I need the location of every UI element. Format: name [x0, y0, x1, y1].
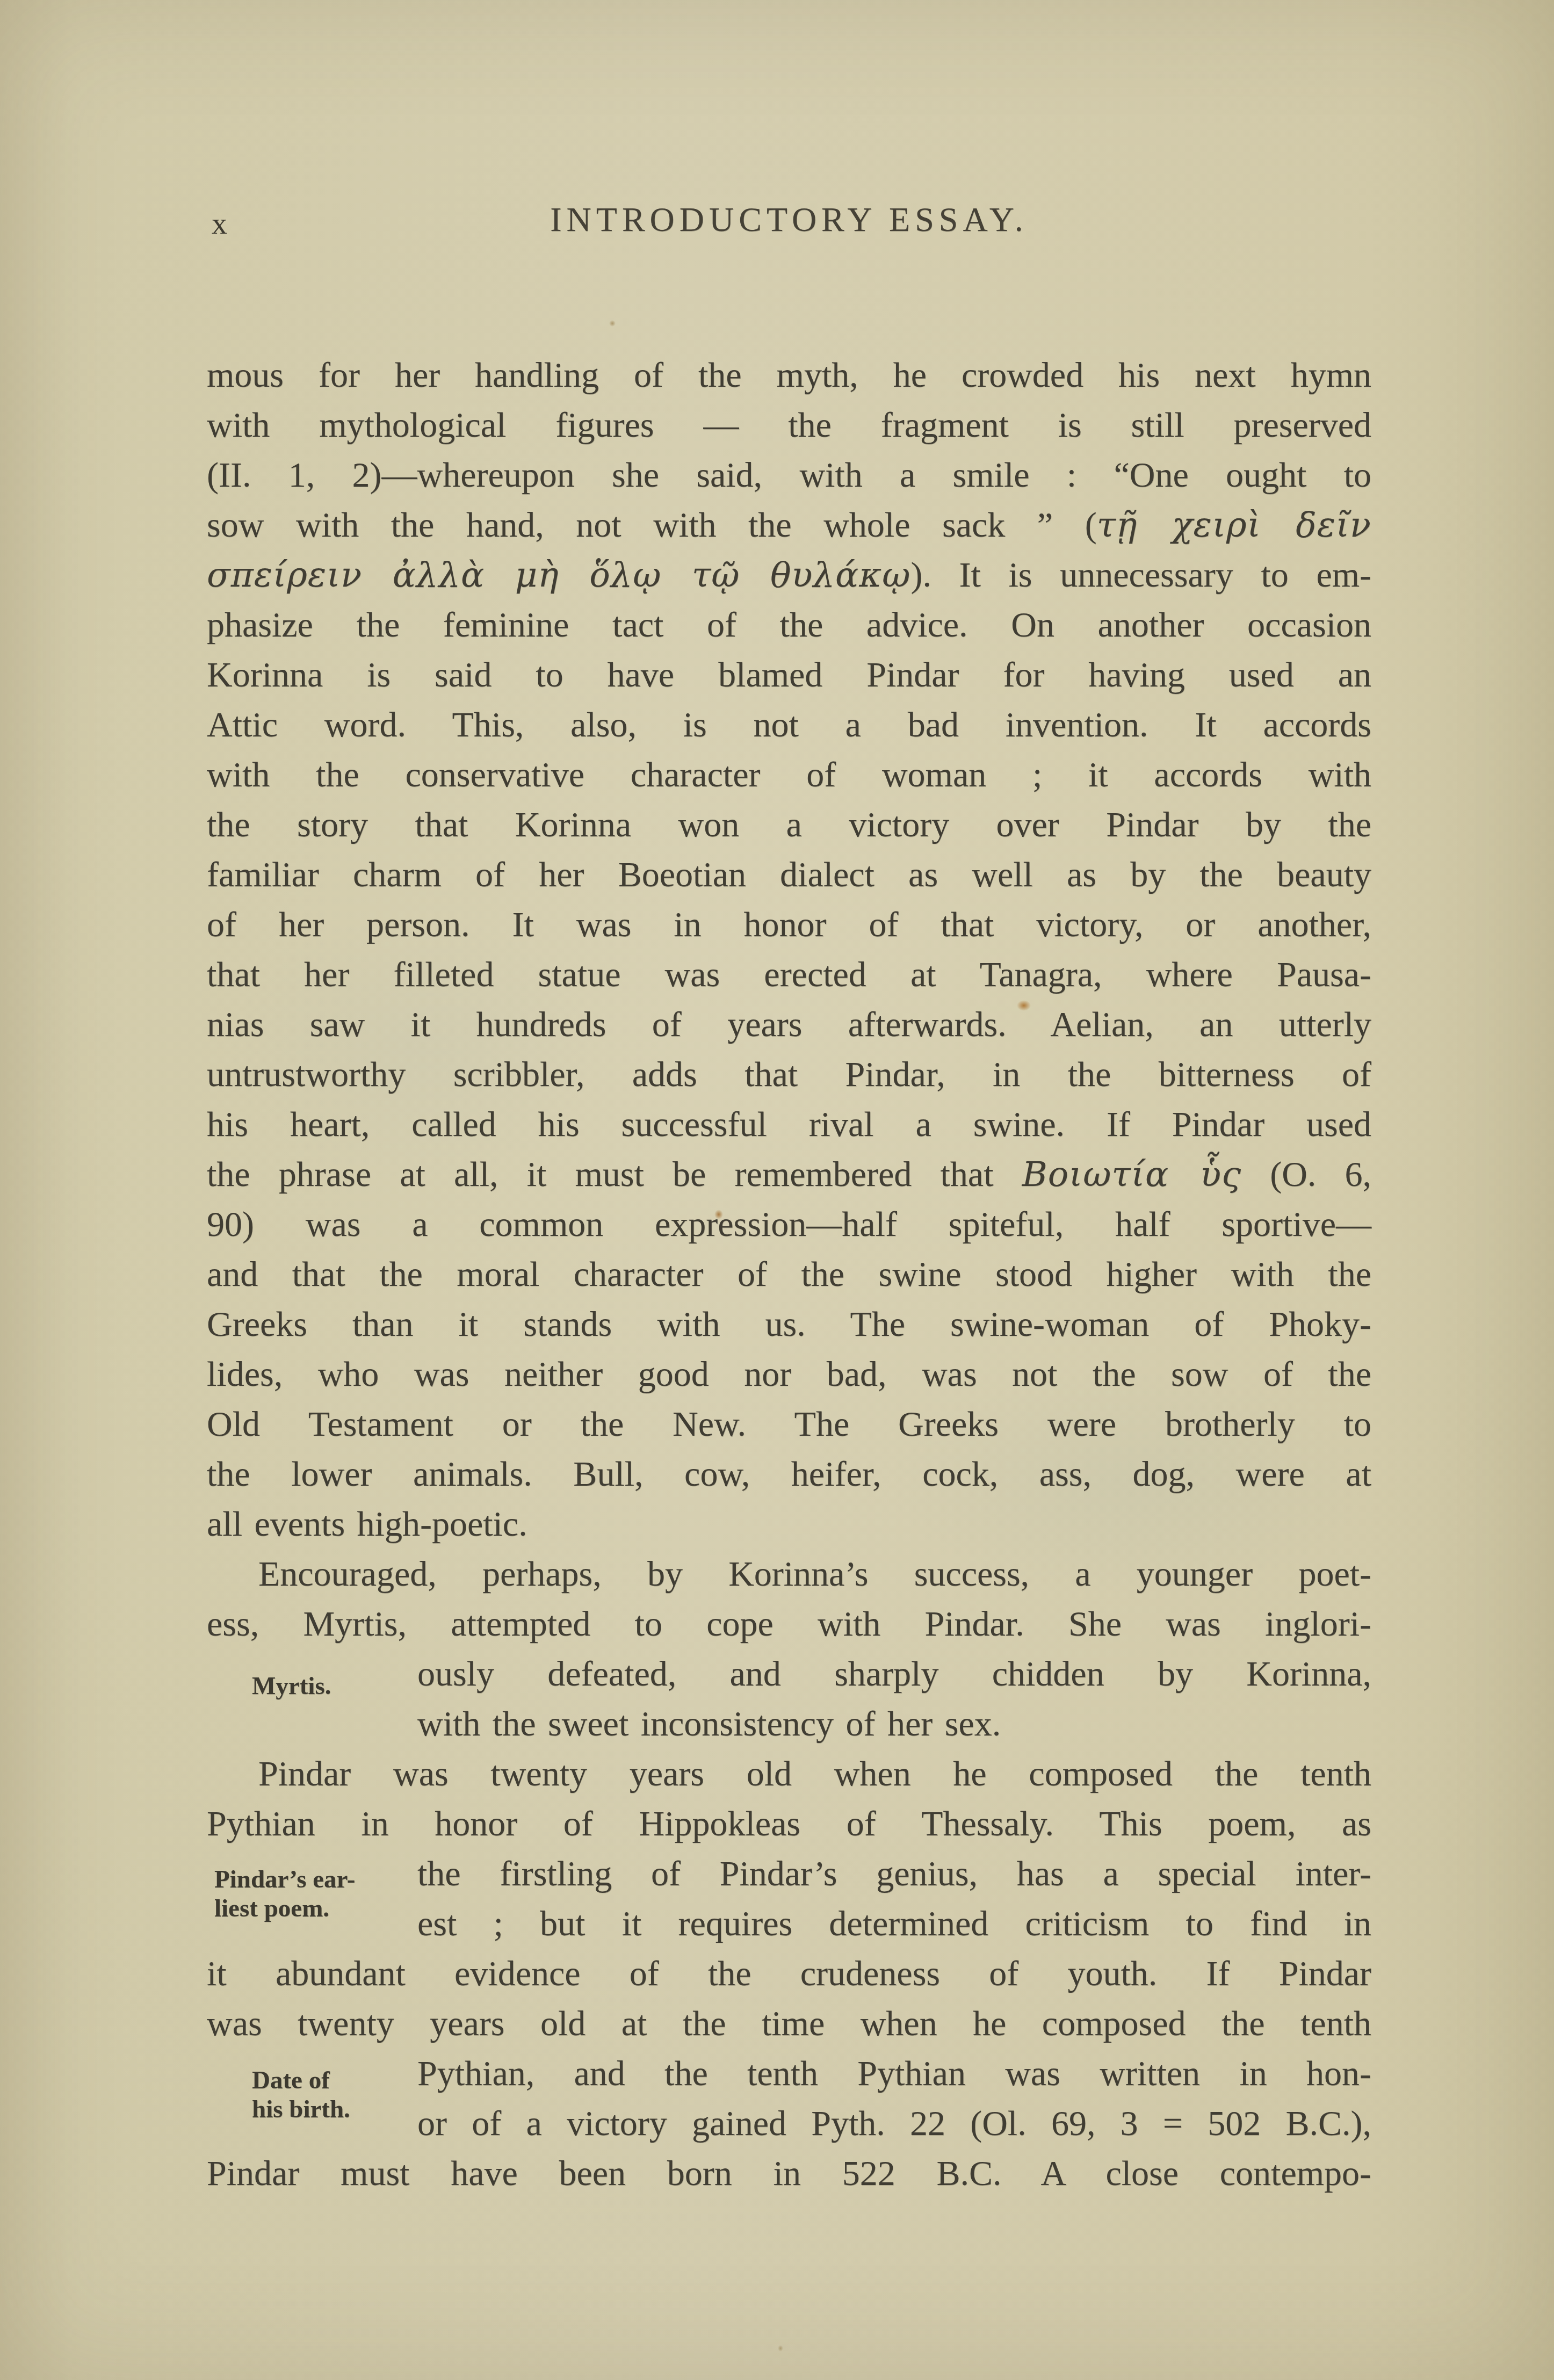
text-line: or of a victory gained Pyth. 22 (Ol. 69,…	[417, 2099, 1371, 2148]
margin-note-line: Date of	[252, 2066, 445, 2095]
text-line: Pythian in honor of Hippokleas of Thessa…	[207, 1799, 1371, 1849]
margin-note: Pindar’s ear-liest poem.	[214, 1865, 408, 1923]
text-line: all events high-poetic.	[207, 1499, 1371, 1549]
text-line: the story that Korinna won a victory ove…	[207, 800, 1371, 850]
text-line: Encouraged, perhaps, by Korinna’s succes…	[207, 1549, 1371, 1599]
text-line: Korinna is said to have blamed Pindar fo…	[207, 650, 1371, 700]
margin-note-line: his birth.	[252, 2095, 445, 2124]
margin-note-line: Myrtis.	[252, 1672, 445, 1701]
text-line: of her person. It was in honor of that v…	[207, 900, 1371, 950]
text-line: the lower animals. Bull, cow, heifer, co…	[207, 1449, 1371, 1499]
text-line: Pythian, and the tenth Pythian was writt…	[417, 2049, 1371, 2099]
margin-note-line: Pindar’s ear-	[214, 1865, 408, 1894]
paragraph: Myrtis.Encouraged, perhaps, by Korinna’s…	[207, 1549, 1371, 1749]
text-line: his heart, called his successful rival a…	[207, 1099, 1371, 1149]
text-line: that her filleted statue was erected at …	[207, 950, 1371, 1000]
greek-phrase: Βοιωτία ὗς	[1022, 1155, 1241, 1195]
text-line: untrustworthy scribbler, adds that Pinda…	[207, 1050, 1371, 1099]
text-line: ess, Myrtis, attempted to cope with Pind…	[207, 1599, 1371, 1649]
stain-mark	[778, 2345, 783, 2352]
text-line: it abundant evidence of the crudeness of…	[207, 1949, 1371, 1999]
text-line: Pindar must have been born in 522 B.C. A…	[207, 2148, 1371, 2198]
margin-note: Date ofhis birth.	[252, 2066, 445, 2124]
text-line: (II. 1, 2)—whereupon she said, with a sm…	[207, 450, 1371, 500]
text-line: phasize the feminine tact of the advice.…	[207, 600, 1371, 650]
text-line: and that the moral character of the swin…	[207, 1249, 1371, 1299]
text-line: mous for her handling of the myth, he cr…	[207, 350, 1371, 400]
text-line: was twenty years old at the time when he…	[207, 1999, 1371, 2049]
text-line: with the conservative character of woman…	[207, 750, 1371, 800]
text-line: est ; but it requires determined critici…	[417, 1899, 1371, 1949]
greek-phrase: τῇ χειρὶ δεῖν	[1097, 505, 1371, 545]
text-line: with the sweet inconsistency of her sex.	[417, 1699, 1371, 1749]
essay-text-block: mous for her handling of the myth, he cr…	[207, 350, 1371, 2198]
text-line: Attic word. This, also, is not a bad inv…	[207, 700, 1371, 750]
paragraph: mous for her handling of the myth, he cr…	[207, 350, 1371, 1549]
stain-mark	[609, 320, 616, 327]
text-line: Old Testament or the New. The Greeks wer…	[207, 1399, 1371, 1449]
text-line: ously defeated, and sharply chidden by K…	[417, 1649, 1371, 1699]
text-line: σπείρειν ἀλλὰ μὴ ὅλῳ τῷ θυλάκῳ). It is u…	[207, 550, 1371, 600]
margin-note: Myrtis.	[252, 1672, 445, 1701]
text-line: Greeks than it stands with us. The swine…	[207, 1299, 1371, 1349]
margin-note-line: liest poem.	[214, 1894, 408, 1923]
text-line: with mythological figures — the fragment…	[207, 400, 1371, 450]
text-line: the phrase at all, it must be remembered…	[207, 1149, 1371, 1199]
text-line: the firstling of Pindar’s genius, has a …	[417, 1849, 1371, 1899]
text-line: Pindar was twenty years old when he comp…	[207, 1749, 1371, 1799]
book-page-scan: x INTRODUCTORY ESSAY. mous for her handl…	[0, 0, 1554, 2380]
text-line: nias saw it hundreds of years afterwards…	[207, 1000, 1371, 1050]
text-line: sow with the hand, not with the whole sa…	[207, 500, 1371, 550]
paragraph: Pindar’s ear-liest poem.Date ofhis birth…	[207, 1749, 1371, 2198]
text-line: 90) was a common expression—half spitefu…	[207, 1199, 1371, 1249]
page-title: INTRODUCTORY ESSAY.	[207, 200, 1371, 240]
text-line: lides, who was neither good nor bad, was…	[207, 1349, 1371, 1399]
greek-phrase: σπείρειν ἀλλὰ μὴ ὅλῳ τῷ θυλάκῳ	[207, 555, 910, 595]
text-line: familiar charm of her Boeotian dialect a…	[207, 850, 1371, 900]
